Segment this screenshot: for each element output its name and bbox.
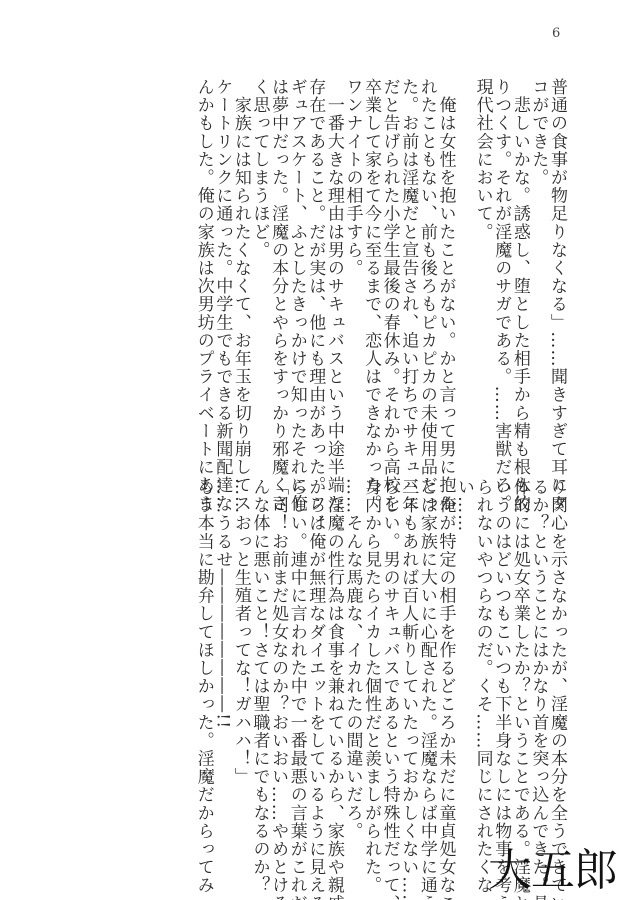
text-column: 三年もあれば百人斬りしていたっておかしくない…… xyxy=(399,478,418,850)
text-column: からは俺が無理なダイエットをしているように見える xyxy=(306,478,325,850)
text-column: 淫魔の性行為は食事を兼ねているから、家族や親戚 xyxy=(324,478,343,850)
text-column: 卒業して家をて今に至るまで、恋人はできなかった。 xyxy=(361,78,380,450)
signature: 大五郎 xyxy=(488,846,617,896)
text-column: もう本当に勘弁してほしかった。淫魔だからってみ xyxy=(194,478,213,850)
text-column: らしい。男のサキュバスであるという特殊性だって、 xyxy=(380,478,399,850)
text-column: 存在であること。だが実は、他にも理由があった。フィ xyxy=(306,78,325,450)
text-column: らしい。連中に言われた中で一番最悪の言葉がこれだ。 xyxy=(287,478,306,850)
text-column: ……そんな馬鹿な、イカれたの間違いだろ。 xyxy=(343,478,362,850)
text-column: いうのはどいつもこいつも下半身なしには物事を考え xyxy=(492,478,511,850)
text-block-bottom: り関心を示さなかったが、淫魔の本分を全うできているか？ということにはかなり首を突… xyxy=(194,478,566,850)
text-column: 身内から見たらイカした個性だと羨ましがられた。 xyxy=(361,478,380,850)
text-column: り関心を示さなかったが、淫魔の本分を全うできてい xyxy=(547,478,566,850)
text-column: 普通の食事が物足りなくなる」……聞きすぎて耳にタ xyxy=(547,78,566,450)
text-column: だと告げられた小学生最後の春休み。それから高校を xyxy=(380,78,399,450)
text-column: れたこともない、前も後ろもピカピカの未使用品だっ xyxy=(417,78,436,450)
text-column: 俺が特定の相手を作るどころか未だに童貞処女なこ xyxy=(436,478,455,850)
text-column: ギュアスケート、ふとしたきっかけで知ったそれに俺 xyxy=(287,78,306,450)
text-column: 体的には処女卒業したか？ということである。淫魔と xyxy=(510,478,529,850)
text-column: ……おっと生殖者ってな！ガハハ！」 xyxy=(231,478,250,850)
text-column: く思ってしまうほど。 xyxy=(250,78,269,450)
text-block-top: 普通の食事が物足りなくなる」……聞きすぎて耳にタコができた。 悲しいかな。誘惑し… xyxy=(194,78,566,450)
page-number: 6 xyxy=(552,26,560,41)
text-column: ケートリンクに通った。中学生でもできる新聞配達な xyxy=(213,78,232,450)
text-column: ……うるせ――――――――!! xyxy=(213,478,232,850)
text-column: りつくす。それが淫魔のサガである。……害獣だろ。 xyxy=(492,78,511,450)
text-column: た。お前は淫魔だと宣告され、追い打ちでサキュバス xyxy=(399,78,418,450)
text-column: コができた。 xyxy=(529,78,548,450)
text-column: い…… xyxy=(454,478,473,850)
text-column: ワンナイトの相手すら。 xyxy=(343,78,362,450)
text-column: られないやつらなのだ。くそ……同じにされたくな xyxy=(473,478,492,850)
text-column: るか？ということにはかなり首を突っ込んできた。具 xyxy=(529,478,548,850)
text-column: 家族には知られたくなくて、お年玉を切り崩してス xyxy=(231,78,250,450)
text-column xyxy=(454,78,473,450)
text-column: んな体に悪いこと！さては聖職者にでもなるのか？ xyxy=(250,478,269,850)
text-column: 「司！お前まだ処女なのか？おいおい……やめとけそ xyxy=(269,478,288,850)
text-column: は夢中だった。淫魔の本分とやらをすっかり邪魔くさ xyxy=(269,78,288,450)
text-column: んかもした。俺の家族は次男坊のプライベートにあま xyxy=(194,78,213,450)
text-column: とは家族に大いに心配された。淫魔ならば中学に通う xyxy=(417,478,436,850)
text-column: 俺は女性を抱いたことがない。かと言って男に抱か xyxy=(436,78,455,450)
text-column: 一番大きな理由は男のサキュバスという中途半端な xyxy=(324,78,343,450)
text-column: 悲しいかな。誘惑し、堕とした相手から精も根も絞 xyxy=(510,78,529,450)
text-column: 現代社会において。 xyxy=(473,78,492,450)
